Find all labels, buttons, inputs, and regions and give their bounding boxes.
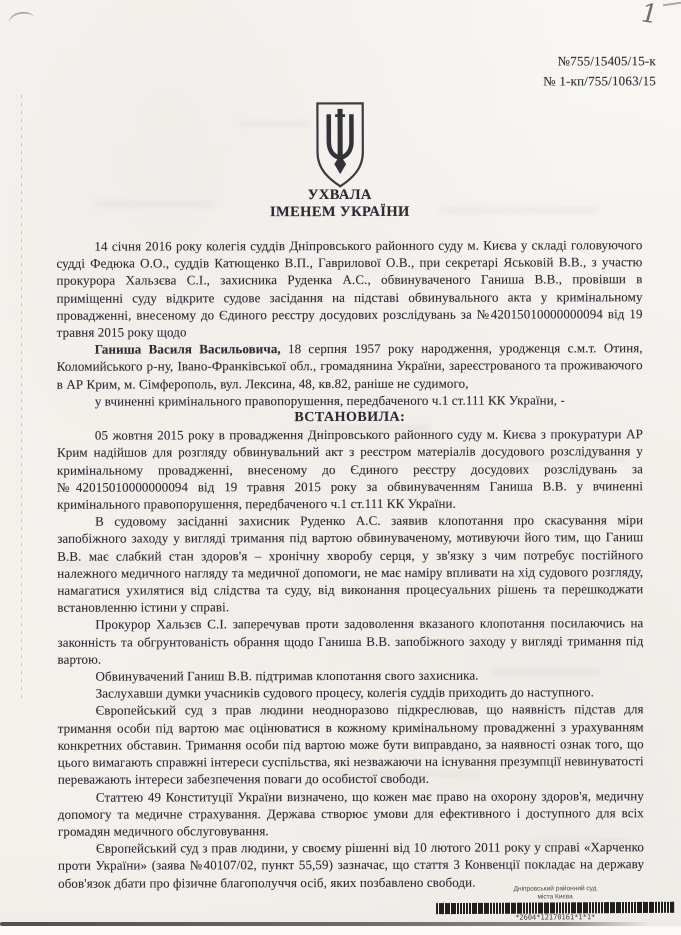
paragraph: Європейський суд з прав людини, у своєму… [58,838,644,891]
paragraph: В судовому засіданні захисник Руденко А.… [57,511,643,616]
paragraph: Статтею 49 Конституції України визначено… [58,787,644,840]
scan-below-edge [0,926,681,935]
charge-line: у вчиненні кримінального правопорушення,… [57,391,643,410]
paragraph: 05 жовтня 2015 року в провадження Дніпро… [57,425,643,513]
paragraph: Заслухавши думки учасників судового проц… [58,683,644,702]
defendant-name: Ганиша Василя Васильовича, [95,341,281,356]
court-registration-stamp: Дніпровський районний суд міста Києва *2… [434,885,676,923]
title-line-2: ІМЕНЕМ УКРАЇНИ [0,203,680,222]
paragraph: Прокурор Хальзєв С.І. заперечував проти … [57,615,643,668]
case-numbers-block: №755/15405/15-к № 1-кп/755/1063/15 [543,51,656,91]
document-title: УХВАЛА ІМЕНЕМ УКРАЇНИ [0,186,680,222]
case-number-primary: №755/15405/15-к [543,51,656,71]
defendant-paragraph: Ганиша Василя Васильовича, 18 серпня 195… [57,339,643,392]
section-heading-established: ВСТАНОВИЛА: [57,408,643,427]
paragraph: Обвинувачений Ганиш В.В. підтримав клопо… [58,666,644,685]
intro-paragraph: 14 січня 2016 року колегія суддів Дніпро… [56,236,642,341]
scanned-court-document-page: 1 №755/15405/15-к № 1-кп/755/1063/15 УХВ… [0,0,681,935]
case-number-secondary: № 1-кп/755/1063/15 [543,71,656,91]
stamp-court-city: міста Києва [434,893,676,902]
document-content: 1 №755/15405/15-к № 1-кп/755/1063/15 УХВ… [0,0,681,935]
handwritten-digit: 1 [638,0,662,30]
coat-of-arms-block [0,99,680,198]
document-body: 14 січня 2016 року колегія суддів Дніпро… [56,236,644,891]
title-line-1: УХВАЛА [0,186,680,205]
handwritten-page-number: 1 [641,0,658,29]
paragraph: Європейський суд з прав людини неоднораз… [58,701,644,789]
